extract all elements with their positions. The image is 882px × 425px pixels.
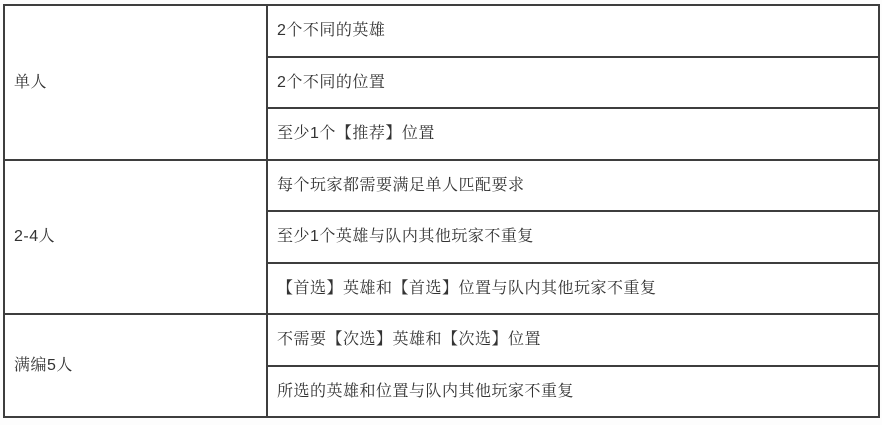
requirement-cell: 2个不同的英雄 <box>267 5 879 57</box>
requirement-cell: 至少1个【推荐】位置 <box>267 108 879 160</box>
requirement-cell: 每个玩家都需要满足单人匹配要求 <box>267 160 879 212</box>
requirement-cell: 不需要【次选】英雄和【次选】位置 <box>267 314 879 366</box>
group-label-2-4: 2-4人 <box>4 160 267 315</box>
requirement-cell: 2个不同的位置 <box>267 57 879 109</box>
table-row: 满编5人 不需要【次选】英雄和【次选】位置 <box>4 314 879 366</box>
match-requirements-table: 单人 2个不同的英雄 2个不同的位置 至少1个【推荐】位置 2-4人 每个玩家都… <box>3 4 880 418</box>
table-row: 2-4人 每个玩家都需要满足单人匹配要求 <box>4 160 879 212</box>
requirement-cell: 至少1个英雄与队内其他玩家不重复 <box>267 211 879 263</box>
table-row: 单人 2个不同的英雄 <box>4 5 879 57</box>
group-label-solo: 单人 <box>4 5 267 160</box>
group-label-full-5: 满编5人 <box>4 314 267 417</box>
requirement-cell: 【首选】英雄和【首选】位置与队内其他玩家不重复 <box>267 263 879 315</box>
requirements-page: 单人 2个不同的英雄 2个不同的位置 至少1个【推荐】位置 2-4人 每个玩家都… <box>0 0 882 425</box>
requirement-cell: 所选的英雄和位置与队内其他玩家不重复 <box>267 366 879 418</box>
